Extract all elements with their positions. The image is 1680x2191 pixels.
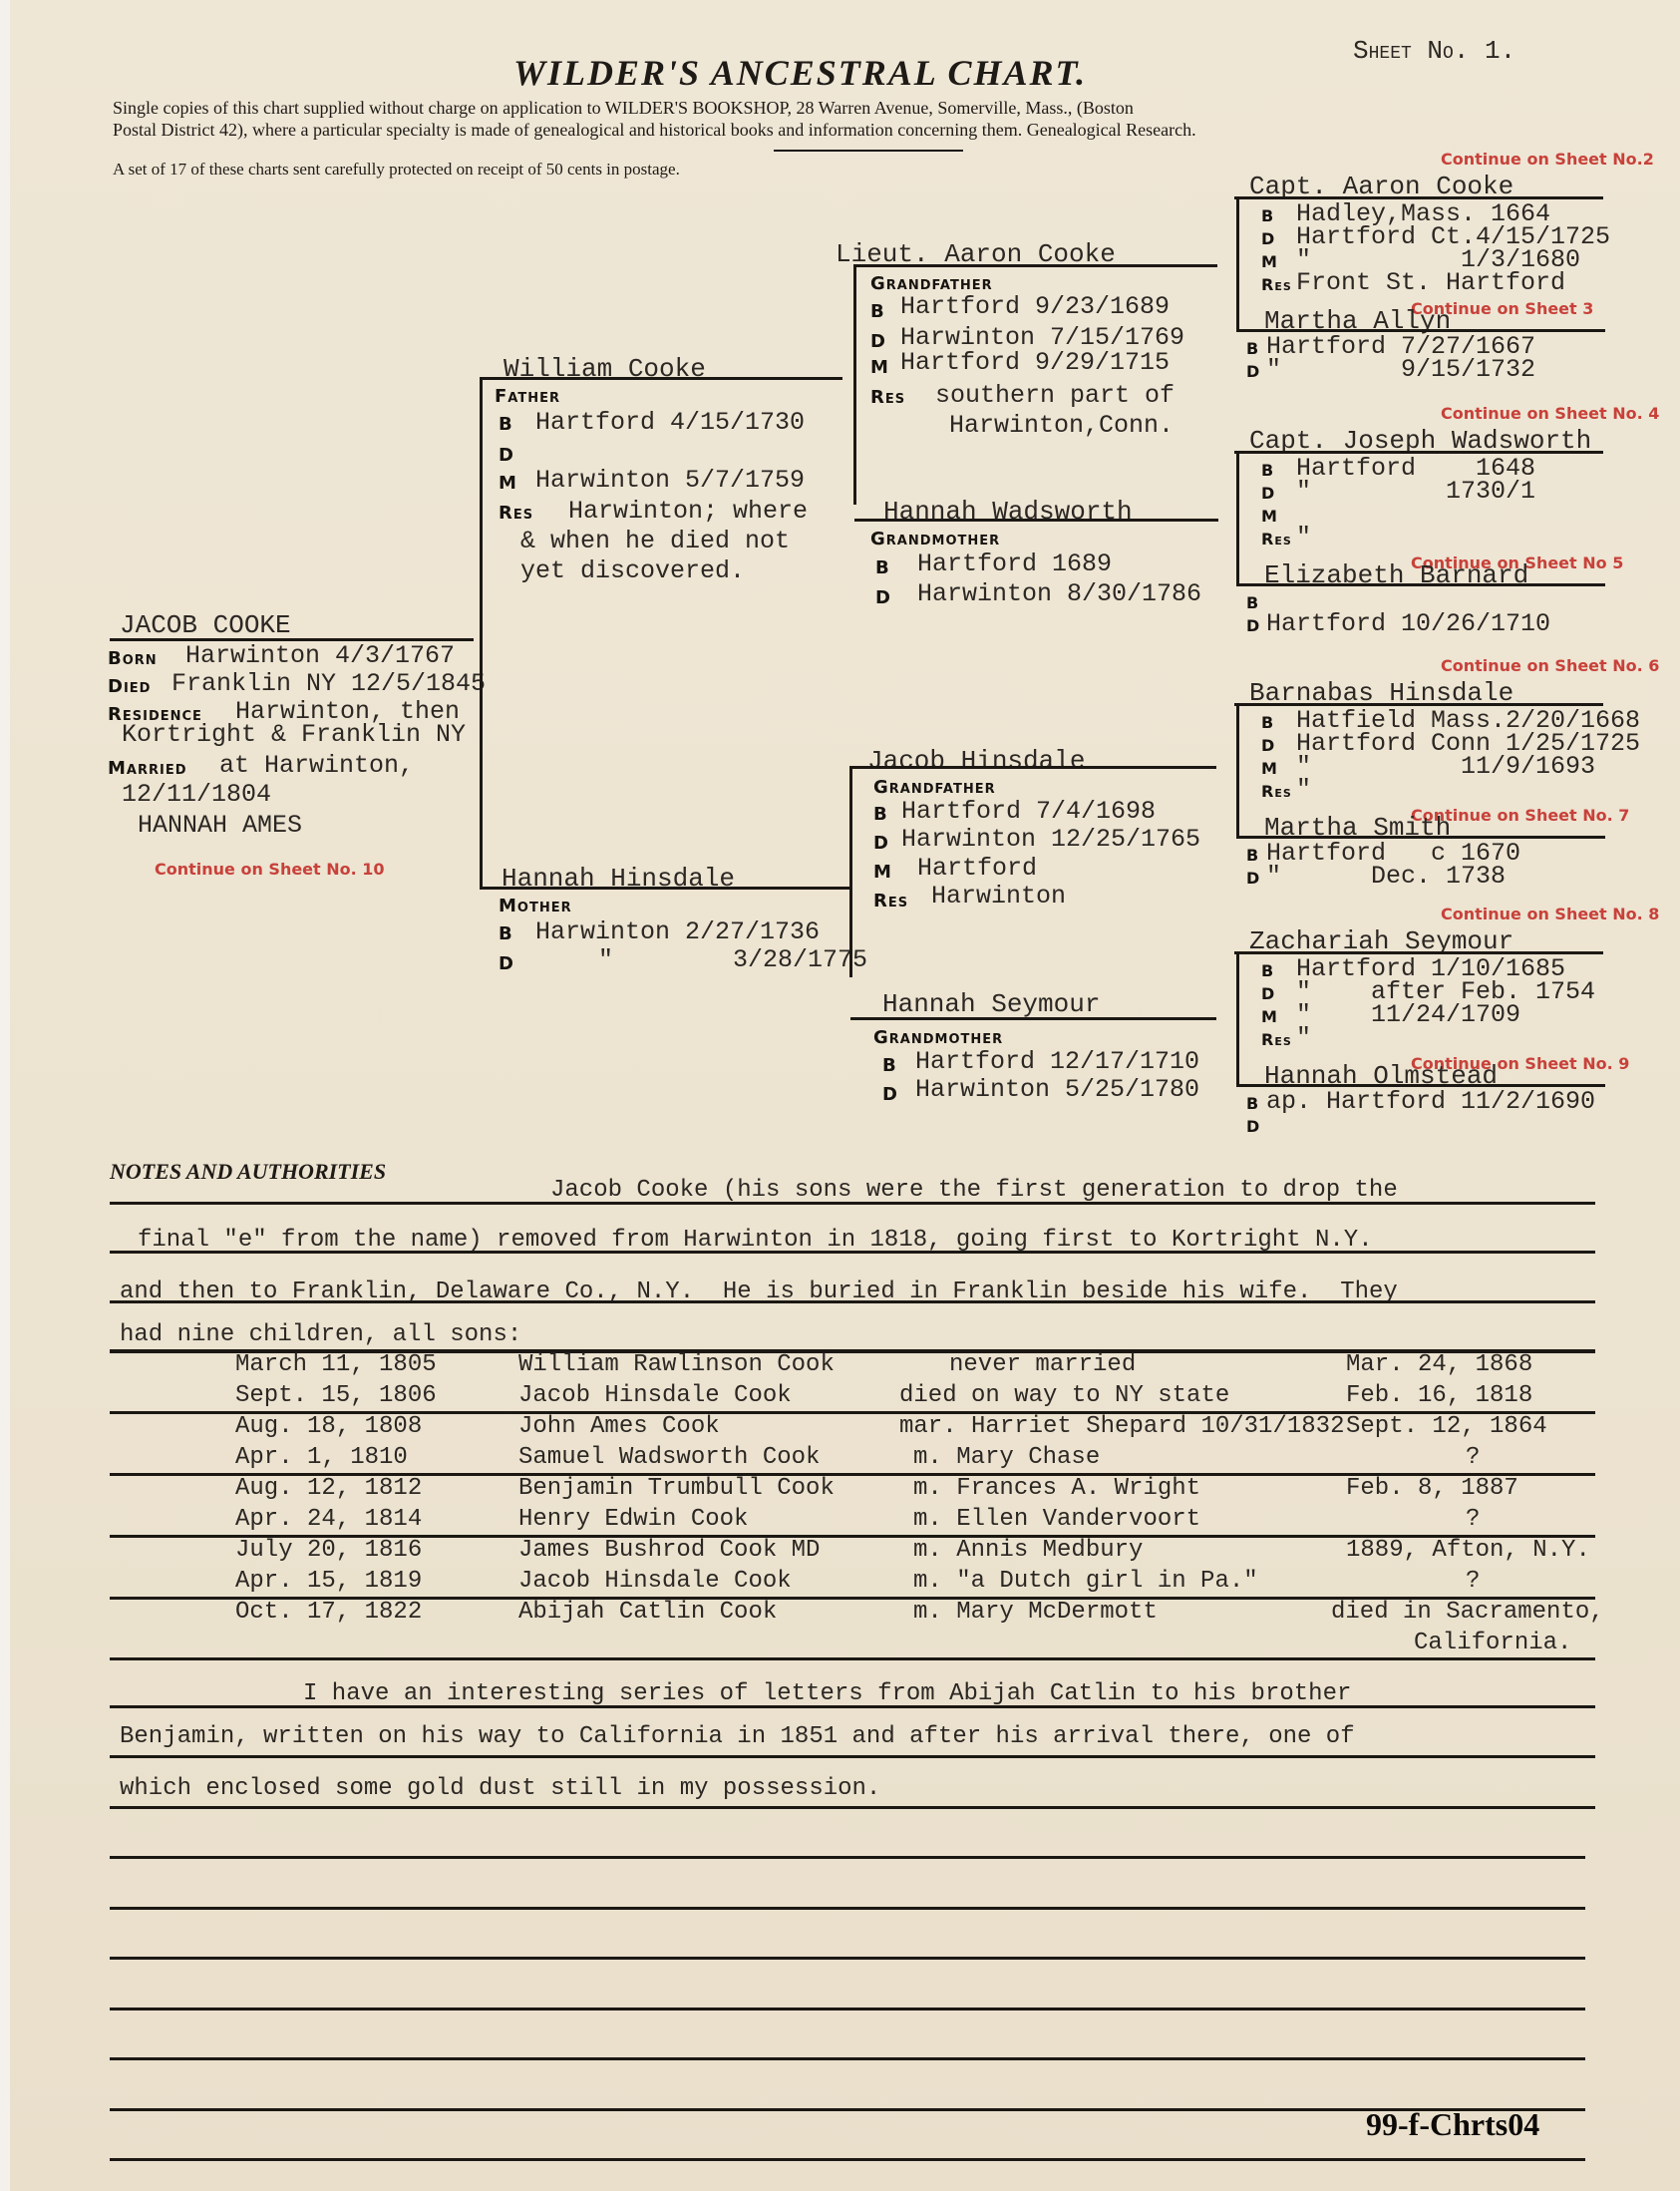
pgf-res: southern part of — [935, 381, 1175, 410]
mother-born: Harwinton 2/27/1736 — [535, 917, 820, 946]
ggp-d-label: D — [1261, 984, 1275, 1003]
pgf-m-label: M — [870, 357, 889, 378]
child-died: Sept. 12, 1864 — [1346, 1413, 1547, 1440]
scan-edge — [0, 0, 10, 2191]
pgf-born: Hartford 9/23/1689 — [900, 292, 1170, 321]
child-name: William Rawlinson Cook — [518, 1351, 835, 1378]
ggp-b-label: B — [1261, 713, 1274, 732]
died-label: Died — [108, 676, 151, 697]
child-row: Sept. 15, 1806Jacob Hinsdale Cookdied on… — [0, 1382, 1680, 1413]
blank-rule — [110, 2158, 1585, 2161]
ggp-b-label: B — [1246, 1094, 1259, 1113]
ggp-bracket — [1236, 199, 1239, 329]
mgf-b-label: B — [873, 804, 888, 825]
pgf-res-2: Harwinton,Conn. — [949, 411, 1174, 440]
father-b-label: B — [499, 414, 513, 435]
father-res-label: Res — [499, 503, 533, 524]
notes-title: NOTES AND AUTHORITIES — [110, 1159, 386, 1185]
mother-role: Mother — [499, 896, 572, 916]
mgf-name-line — [849, 766, 1216, 769]
child-died-line-2: California. — [1414, 1630, 1571, 1656]
ggp-d-label: D — [1261, 484, 1275, 503]
subject-married-date: 12/11/1804 — [122, 780, 271, 809]
mgf-married: Hartford — [917, 854, 1037, 883]
pgf-role: Grandfather — [870, 273, 993, 294]
notes-line-1: Jacob Cooke (his sons were the first gen… — [550, 1177, 1398, 1204]
pgm-name: Hannah Wadsworth — [883, 497, 1133, 527]
ggp-b-label: B — [1246, 846, 1259, 865]
child-died: died in Sacramento, — [1331, 1599, 1604, 1626]
ggp-m-label: M — [1261, 1007, 1278, 1026]
ggp-d-label: D — [1246, 869, 1260, 888]
child-row: Oct. 17, 1822Abijah Catlin Cookm. Mary M… — [0, 1599, 1680, 1630]
mgm-name: Hannah Seymour — [882, 989, 1100, 1019]
child-born: March 11, 1805 — [235, 1351, 437, 1378]
child-born: Apr. 1, 1810 — [235, 1444, 408, 1471]
child-marriage: m. Frances A. Wright — [913, 1475, 1200, 1502]
ggp-female-line — [1236, 583, 1605, 586]
ggp-b-label: B — [1261, 206, 1274, 225]
ggp-m-label: M — [1261, 507, 1278, 526]
child-row: July 20, 1816James Bushrod Cook MDm. Ann… — [0, 1537, 1680, 1568]
pgm-died: Harwinton 8/30/1786 — [917, 579, 1201, 608]
note-rule — [110, 1251, 1595, 1254]
ggp-male-m: " 11/24/1709 — [1296, 1000, 1520, 1029]
mgm-d-label: D — [882, 1084, 898, 1105]
mgf-res: Harwinton — [931, 882, 1066, 911]
mgf-m-label: M — [873, 862, 892, 883]
ggp-b-label: B — [1261, 961, 1274, 980]
born-label: Born — [108, 648, 158, 669]
child-row: March 11, 1805William Rawlinson Cookneve… — [0, 1351, 1680, 1382]
para2-line-3: which enclosed some gold dust still in m… — [120, 1775, 880, 1802]
ggp-d-label: D — [1246, 616, 1260, 635]
father-born: Hartford 4/15/1730 — [535, 408, 805, 437]
father-role: Father — [495, 386, 560, 407]
child-died: Feb. 16, 1818 — [1346, 1382, 1532, 1409]
child-row: Apr. 24, 1814Henry Edwin Cookm. Ellen Va… — [0, 1506, 1680, 1537]
para2-line-2: Benjamin, written on his way to Californ… — [120, 1723, 1355, 1750]
continue-male-4: Continue on Sheet No. 4 — [1441, 404, 1659, 423]
child-name: Abijah Catlin Cook — [518, 1599, 777, 1626]
ggp-res-label: Res — [1261, 1030, 1292, 1049]
ggp-female-d: " Dec. 1738 — [1266, 862, 1506, 891]
mgf-born: Hartford 7/4/1698 — [901, 797, 1156, 826]
ggp-female-d: " 9/15/1732 — [1266, 355, 1535, 384]
child-marriage: m. Annis Medbury — [913, 1537, 1143, 1564]
child-born: July 20, 1816 — [235, 1537, 422, 1564]
notes-line-4: had nine children, all sons: — [120, 1321, 521, 1348]
continue-male-6: Continue on Sheet No. 6 — [1441, 656, 1659, 675]
ggp-d-label: D — [1261, 736, 1275, 755]
child-marriage: died on way to NY state — [899, 1382, 1229, 1409]
child-marriage: m. Mary McDermott — [913, 1599, 1158, 1626]
continue-male-2: Continue on Sheet No.2 — [1441, 150, 1654, 169]
ggp-res-label: Res — [1261, 782, 1292, 801]
ggp-female-b: ap. Hartford 11/2/1690 — [1266, 1087, 1595, 1116]
child-name: Henry Edwin Cook — [518, 1506, 748, 1533]
para2-line-1: I have an interesting series of letters … — [303, 1680, 1351, 1707]
child-row: Apr. 1, 1810Samuel Wadsworth Cookm. Mary… — [0, 1444, 1680, 1475]
subject-born: Harwinton 4/3/1767 — [185, 641, 455, 670]
ggp-bracket — [1236, 706, 1239, 836]
ggp-male-d: " 1730/1 — [1296, 477, 1535, 506]
ggp-bracket — [1236, 454, 1239, 583]
note-rule — [110, 1657, 1595, 1660]
blank-rule — [110, 2057, 1585, 2060]
ggp-female-d: Hartford 10/26/1710 — [1266, 609, 1550, 638]
child-born: Oct. 17, 1822 — [235, 1599, 422, 1626]
header-rule — [774, 150, 963, 152]
child-name: Benjamin Trumbull Cook — [518, 1475, 835, 1502]
child-row: Aug. 18, 1808John Ames Cookmar. Harriet … — [0, 1413, 1680, 1444]
header-line-1: Single copies of this chart supplied wit… — [113, 98, 1134, 119]
ggp-male-res: " — [1296, 1023, 1311, 1052]
pgm-name-line — [854, 519, 1218, 522]
child-died: ? — [1466, 1568, 1480, 1595]
subject-spouse: HANNAH AMES — [138, 811, 302, 840]
child-marriage: m. Mary Chase — [913, 1444, 1100, 1471]
pgf-b-label: B — [870, 301, 885, 322]
child-row: Apr. 15, 1819Jacob Hinsdale Cookm. "a Du… — [0, 1568, 1680, 1599]
father-m-label: M — [499, 473, 517, 494]
mgm-role: Grandmother — [873, 1027, 1003, 1048]
pgf-res-label: Res — [870, 387, 905, 408]
child-marriage: m. Ellen Vandervoort — [913, 1506, 1200, 1533]
ggp-d-label: D — [1261, 229, 1275, 248]
mgm-died: Harwinton 5/25/1780 — [915, 1075, 1199, 1104]
pgm-role: Grandmother — [870, 529, 1000, 549]
ggp-b-label: B — [1246, 593, 1259, 612]
subject-residence-2: Kortright & Franklin NY — [122, 720, 466, 749]
child-born: Apr. 15, 1819 — [235, 1568, 422, 1595]
pgf-married: Hartford 9/29/1715 — [900, 348, 1170, 377]
father-res-2: & when he died not — [520, 527, 790, 555]
subject-name: JACOB COOKE — [120, 610, 291, 640]
mgm-b-label: B — [882, 1055, 897, 1076]
ggp-d-label: D — [1246, 362, 1260, 381]
child-marriage: mar. Harriet Shepard 10/31/1832 — [899, 1413, 1344, 1440]
mother-bracket — [849, 768, 852, 977]
child-rule — [110, 1349, 1595, 1352]
header-line-2: Postal District 42), where a particular … — [113, 120, 1196, 141]
note-rule — [110, 1755, 1595, 1758]
child-born: Apr. 24, 1814 — [235, 1506, 422, 1533]
pgf-name-line — [853, 264, 1217, 267]
child-died: ? — [1466, 1506, 1480, 1533]
father-d-label: D — [499, 445, 514, 466]
mgf-role: Grandfather — [873, 777, 996, 798]
father-res: Harwinton; where — [568, 497, 808, 526]
continue-male-8: Continue on Sheet No. 8 — [1441, 905, 1659, 923]
ggp-d-label: D — [1246, 1117, 1260, 1136]
child-name: Samuel Wadsworth Cook — [518, 1444, 820, 1471]
header-line-3: A set of 17 of these charts sent careful… — [113, 160, 680, 180]
subject-died: Franklin NY 12/5/1845 — [171, 669, 486, 698]
blank-rule — [110, 2108, 1585, 2111]
ggp-bracket — [1236, 954, 1239, 1084]
mgm-name-line — [850, 1017, 1216, 1020]
mother-died: " 3/28/1775 — [598, 945, 867, 974]
child-name: Jacob Hinsdale Cook — [518, 1568, 792, 1595]
note-rule — [110, 1300, 1595, 1303]
ggp-m-label: M — [1261, 759, 1278, 778]
ggp-b-label: B — [1246, 339, 1259, 358]
pgm-born: Hartford 1689 — [917, 549, 1112, 578]
mother-name-line — [480, 887, 850, 890]
subject-married: at Harwinton, — [219, 751, 414, 780]
child-marriage: never married — [949, 1351, 1136, 1378]
ggp-m-label: M — [1261, 252, 1278, 271]
ggp-male-res: " — [1296, 523, 1311, 551]
father-name-line — [480, 377, 842, 380]
mgf-name: Jacob Hinsdale — [867, 746, 1085, 776]
ggp-b-label: B — [1261, 461, 1274, 480]
note-rule — [110, 1806, 1595, 1809]
ggp-male-m: " 11/9/1693 — [1296, 752, 1595, 781]
father-bracket — [853, 267, 856, 505]
child-name: John Ames Cook — [518, 1413, 720, 1440]
father-res-3: yet discovered. — [520, 556, 745, 585]
blank-rule — [110, 2008, 1585, 2010]
mother-d-label: D — [499, 953, 514, 974]
child-died: ? — [1466, 1444, 1480, 1471]
child-row: Aug. 12, 1812Benjamin Trumbull Cookm. Fr… — [0, 1475, 1680, 1506]
document-id: 99-f-Chrts04 — [1366, 2106, 1539, 2143]
blank-rule — [110, 1957, 1585, 1960]
blank-rule — [110, 1856, 1585, 1859]
child-born: Aug. 18, 1808 — [235, 1413, 422, 1440]
ggp-male-res: " — [1296, 775, 1311, 804]
married-label: Married — [108, 758, 187, 779]
mgf-res-label: Res — [873, 891, 908, 912]
pgf-d-label: D — [870, 331, 886, 352]
child-born: Sept. 15, 1806 — [235, 1382, 437, 1409]
child-died: Feb. 8, 1887 — [1346, 1475, 1518, 1502]
pgm-d-label: D — [875, 587, 891, 608]
child-marriage: m. "a Dutch girl in Pa." — [913, 1568, 1258, 1595]
continue-sheet-10: Continue on Sheet No. 10 — [155, 860, 385, 879]
mgf-died: Harwinton 12/25/1765 — [901, 825, 1200, 854]
ggp-res-label: Res — [1261, 275, 1292, 294]
mgf-d-label: D — [873, 833, 889, 854]
note-rule — [110, 1705, 1595, 1708]
father-married: Harwinton 5/7/1759 — [535, 466, 805, 495]
ggp-male-res: Front St. Hartford — [1296, 268, 1565, 297]
child-name: James Bushrod Cook MD — [518, 1537, 820, 1564]
child-died: Mar. 24, 1868 — [1346, 1351, 1532, 1378]
subject-bracket — [480, 377, 483, 888]
blank-rule — [110, 1907, 1585, 1910]
sheet-number: Sheet No. 1. — [1353, 36, 1515, 66]
chart-page: WILDER'S ANCESTRAL CHART. Sheet No. 1. S… — [0, 0, 1680, 2191]
pgm-b-label: B — [875, 557, 890, 578]
chart-title: WILDER'S ANCESTRAL CHART. — [513, 52, 1087, 94]
mother-b-label: B — [499, 923, 513, 944]
child-born: Aug. 12, 1812 — [235, 1475, 422, 1502]
mgm-born: Hartford 12/17/1710 — [915, 1047, 1199, 1076]
ggp-res-label: Res — [1261, 530, 1292, 548]
note-rule — [110, 1202, 1595, 1205]
notes-line-2: final "e" from the name) removed from Ha… — [138, 1227, 1373, 1254]
child-died: 1889, Afton, N.Y. — [1346, 1537, 1590, 1564]
child-name: Jacob Hinsdale Cook — [518, 1382, 792, 1409]
